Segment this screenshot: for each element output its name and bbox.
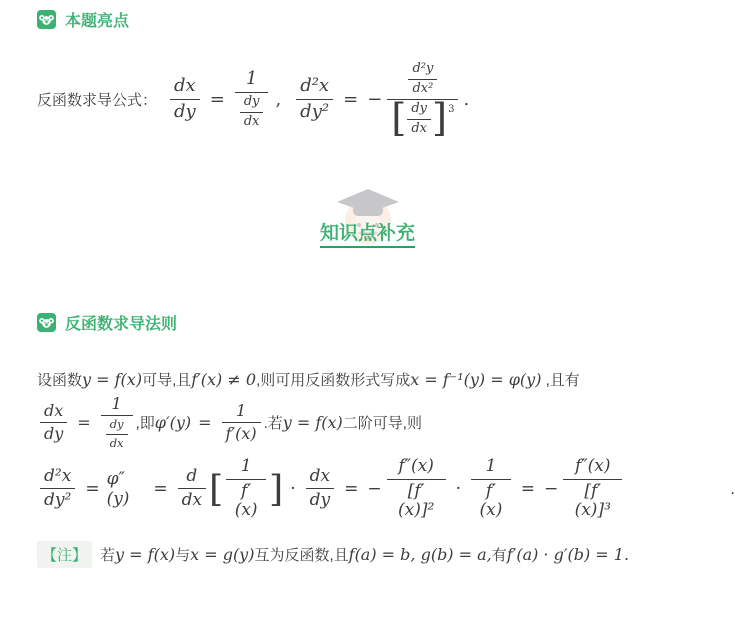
fraction-one-over-dydx: 1 dy dx [101, 395, 133, 450]
equals-sign: = [198, 413, 211, 432]
fraction-d2y-dx2: d²y dx² [408, 62, 437, 97]
section-title: 本题亮点 [65, 8, 129, 31]
minus-sign: − [367, 479, 381, 499]
text-run: 有 [492, 544, 507, 565]
minus-sign: − [367, 89, 382, 110]
knowledge-supplement-heading: 知识点补充 [0, 185, 735, 255]
equals-sign: = [521, 479, 535, 499]
denominator: dy² [40, 488, 75, 511]
fraction-d2x-dy2: d²x dy² [296, 76, 333, 122]
numerator: d²y [408, 62, 437, 79]
denominator: dx [240, 112, 264, 130]
denominator: dy² [296, 99, 333, 123]
fraction-d-dx: d dx [178, 467, 206, 511]
text-run: 二阶可导,则 [343, 412, 422, 433]
fraction-one-over-fprime: 1 f′(x) [222, 402, 261, 444]
numerator: d [182, 467, 201, 489]
text-run: 可导,且 [142, 372, 191, 389]
numerator: 1 [242, 69, 261, 92]
note-label: 【注】 [37, 541, 92, 568]
denominator: [f′(x)]² [387, 479, 446, 521]
equals-sign: = [153, 479, 167, 499]
equals-sign: = [343, 89, 358, 110]
text-run: ,即 [136, 412, 155, 433]
denominator: f′(x) [226, 479, 266, 521]
math-run: x = f⁻¹(y) = φ(y) [410, 370, 541, 389]
equals-sign: = [77, 413, 90, 432]
math-run: x = g(y) [190, 545, 254, 564]
math-run: y = f(x) [82, 370, 142, 389]
exponent-3: 3 [448, 104, 454, 116]
note-line: 【注】 若y = f(x)与x = g(y)互为反函数,且f(a) = b, g… [37, 541, 629, 568]
koala-icon [37, 313, 56, 332]
paragraph-line-2: dx dy = 1 dy dx ,即 φ′(y) = 1 f′(x) .若 y … [37, 395, 422, 450]
numerator: f″(x) [571, 457, 615, 479]
fraction-dy-dx: dy dx [240, 95, 264, 130]
numerator: 1 [237, 457, 256, 479]
fraction-dy-dx: dy dx [407, 102, 431, 137]
text-run: 互为反函数,且 [254, 544, 348, 565]
numerator: f″(x) [394, 457, 438, 479]
fraction-fdprime-over-fprime-sq: f″(x) [f′(x)]² [387, 457, 446, 521]
equals-sign: = [85, 479, 99, 499]
denominator: [ dy dx ] 3 [387, 99, 458, 137]
section-header-highlights: 本题亮点 [37, 8, 129, 31]
inverse-derivative-formula: 反函数求导公式： dx dy = 1 dy dx , d²x dy² = − d… [37, 62, 471, 137]
numerator: 1 [108, 395, 126, 415]
fraction-one-over-fprime: 1 f′(x) [471, 457, 511, 521]
math-run: f′(x) ≠ 0 [191, 370, 256, 389]
math-run: y = f(x) [115, 545, 175, 564]
fraction-fdprime-over-fprime-cu: f″(x) [f′(x)]³ [563, 457, 622, 521]
numerator: d²x [296, 76, 333, 99]
equals-sign: = [210, 89, 225, 110]
knowledge-supplement-link[interactable]: 知识点补充 [320, 218, 415, 248]
denominator: f′(x) [222, 422, 261, 443]
cdot-operator: · [456, 479, 461, 499]
cdot-operator: · [290, 479, 295, 499]
denominator: dy [170, 99, 200, 123]
section-title: 反函数求导法则 [65, 311, 177, 334]
paragraph-line-1: 设函数y = f(x)可导,且f′(x) ≠ 0,则可用反函数形式写成x = f… [37, 369, 580, 390]
fraction-d2x-dy2: d²x dy² [40, 467, 75, 511]
fraction-one-over-fprime: 1 f′(x) [226, 457, 266, 521]
formula-label: 反函数求导公式： [37, 89, 157, 110]
numerator: 1 [481, 457, 500, 479]
fraction-second-derivative: d²y dx² [ dy dx ] 3 [387, 62, 458, 137]
numerator: 1 [232, 402, 250, 422]
denominator: dx [407, 119, 431, 137]
fraction-dx-dy: dx dy [170, 76, 200, 122]
numerator: dy [407, 102, 431, 119]
numerator: dx [40, 402, 67, 422]
denominator: f′(x) [471, 479, 511, 521]
denominator: dy dx [235, 92, 269, 130]
fraction-dx-dy: dx dy [40, 402, 67, 444]
numerator: dx [306, 467, 334, 489]
denominator: dx [106, 434, 128, 450]
denominator: dy dx [101, 415, 133, 449]
text-run: 与 [175, 544, 190, 565]
fraction-dy-dx: dy dx [106, 418, 128, 449]
text-run: 设函数 [37, 372, 82, 389]
denominator: dy [40, 422, 67, 443]
period: . [730, 479, 735, 499]
text-run: 若 [100, 544, 115, 565]
numerator: dy [240, 95, 264, 112]
period: . [463, 89, 469, 110]
phi-prime: φ′(y) [155, 413, 191, 432]
text-run: ,则可用反函数形式写成 [256, 372, 410, 389]
phi-double-prime: φ″(y) [107, 469, 147, 509]
second-derivative-formula: d²x dy² = φ″(y) = d dx [ 1 f′(x) ] · dx … [37, 457, 735, 521]
fraction-dx-dy: dx dy [306, 467, 335, 511]
math-run: f(a) = b, g(b) = a, [349, 545, 492, 564]
minus-sign: − [544, 479, 558, 499]
fraction-one-over-dydx: 1 dy dx [235, 69, 269, 129]
numerator: d²y dx² [403, 62, 442, 99]
koala-icon [37, 10, 56, 29]
numerator: dy [106, 418, 128, 433]
denominator: [f′(x)]³ [563, 479, 622, 521]
denominator: dx² [408, 79, 437, 97]
text-run: ,且有 [541, 372, 579, 389]
numerator: d²x [40, 467, 75, 489]
denominator: dy [306, 488, 335, 511]
text-run: .若 [264, 412, 283, 433]
math-run: y = f(x) [283, 413, 343, 432]
numerator: dx [170, 76, 200, 99]
comma: , [275, 89, 281, 110]
denominator: dx [178, 488, 206, 511]
equals-sign: = [344, 479, 358, 499]
math-run: f′(a) · g′(b) = 1. [507, 545, 629, 564]
section-header-rule: 反函数求导法则 [37, 311, 177, 334]
